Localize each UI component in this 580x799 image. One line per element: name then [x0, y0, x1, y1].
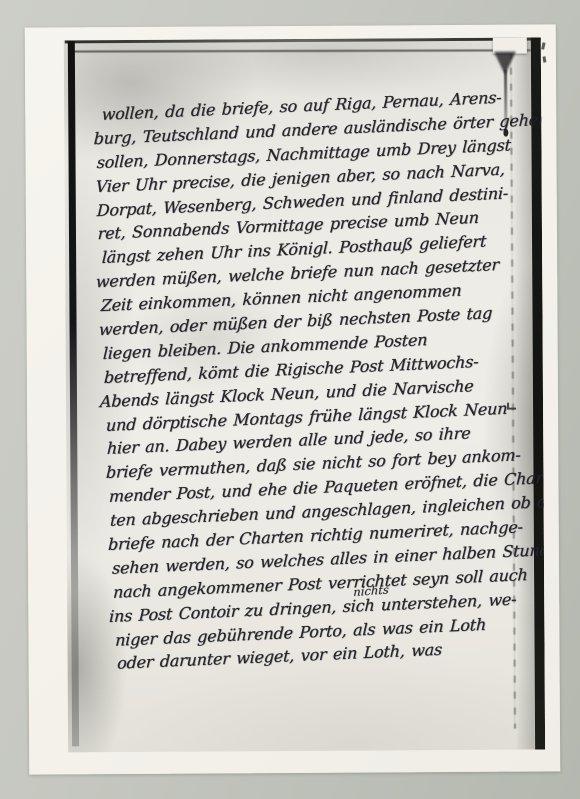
margin-tick-mark	[543, 56, 547, 62]
margin-tick-mark	[541, 42, 545, 49]
page-top-crease-line	[69, 49, 531, 52]
photograph-print: wollen, da die briefe, so auf Riga, Pern…	[25, 24, 561, 774]
page-top-edge	[65, 37, 541, 43]
gray-mat-background: wollen, da die briefe, so auf Riga, Pern…	[0, 0, 580, 799]
handwritten-text-block: wollen, da die briefe, so auf Riga, Pern…	[92, 85, 545, 676]
manuscript-page: wollen, da die briefe, so auf Riga, Pern…	[64, 37, 545, 752]
interlinear-insertion: nichts	[353, 582, 389, 599]
page-left-binding-edge	[68, 41, 79, 746]
